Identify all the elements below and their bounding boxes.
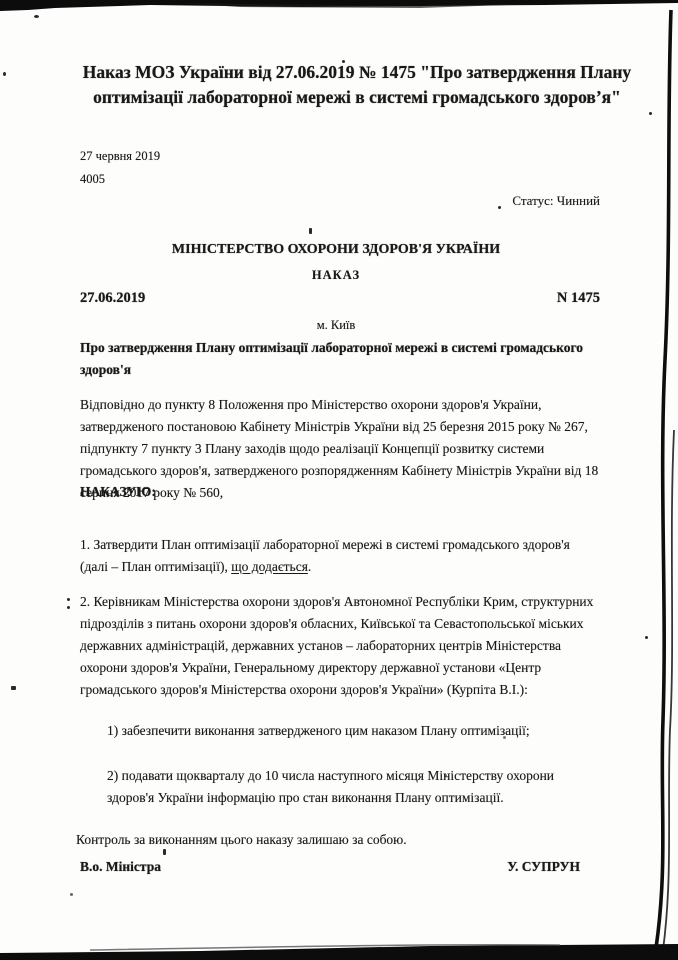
scan-speck	[70, 893, 73, 896]
order-date-number-row: 27.06.2019 N 1475	[80, 287, 600, 309]
scan-speck	[309, 228, 312, 234]
order-date: 27.06.2019	[80, 287, 145, 309]
order-item-1: 1. Затвердити План оптимізації лаборатор…	[80, 534, 584, 578]
attachment-link: що додається	[231, 559, 308, 574]
order-city: м. Київ	[30, 314, 642, 336]
control-clause: Контроль за виконанням цього наказу зали…	[76, 829, 608, 851]
scan-speck	[11, 686, 16, 690]
scan-speck	[649, 112, 652, 115]
order-subitem-2: 2) подавати щокварталу до 10 числа насту…	[107, 765, 596, 809]
order-item-2: 2. Керівникам Міністерства охорони здоро…	[80, 591, 608, 701]
order-item-1-period: .	[308, 559, 311, 574]
document-code: 4005	[80, 168, 105, 190]
scan-speck	[67, 598, 70, 601]
scan-speck	[645, 636, 648, 639]
signature-row: В.о. Міністра У. СУПРУН	[80, 856, 580, 878]
order-subject: Про затвердження Плану оптимізації лабор…	[80, 337, 618, 381]
order-item-1-text: 1. Затвердити План оптимізації лаборатор…	[80, 537, 573, 574]
preamble-paragraph: Відповідно до пункту 8 Положення про Мін…	[80, 394, 608, 504]
status-label: Статус: Чинний	[80, 190, 600, 212]
order-subitem-1: 1) забезпечити виконання затвердженого ц…	[107, 720, 628, 742]
document-title: Наказ МОЗ України від 27.06.2019 № 1475 …	[64, 60, 650, 110]
scan-speck	[34, 15, 39, 18]
signer-name: У. СУПРУН	[507, 856, 580, 878]
scan-speck	[3, 72, 6, 76]
scan-speck	[67, 606, 70, 609]
publication-date: 27 червня 2019	[80, 145, 160, 167]
order-type-label: НАКАЗ	[30, 264, 642, 286]
issuing-authority-heading: МІНІСТЕРСТВО ОХОРОНИ ЗДОРОВ'Я УКРАЇНИ	[30, 239, 642, 261]
signer-title: В.о. Міністра	[80, 856, 161, 878]
order-number: N 1475	[557, 287, 600, 309]
decree-word: НАКАЗУЮ:	[80, 481, 156, 503]
scanned-order-document: Наказ МОЗ України від 27.06.2019 № 1475 …	[0, 0, 678, 960]
